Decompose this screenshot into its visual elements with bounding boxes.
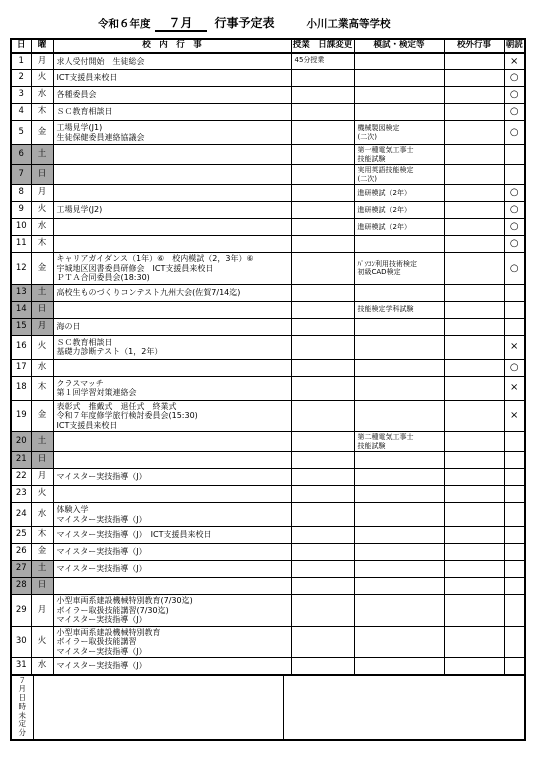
event-text: マイスター実技指導（J）	[57, 661, 288, 671]
morning-reading-cell: ×	[504, 400, 525, 432]
weekday-cell: 木	[31, 104, 53, 121]
weekday-cell: 月	[31, 53, 53, 70]
schedule-row: 3水各種委員会○	[11, 87, 525, 104]
exams-cell	[354, 452, 444, 469]
event-text: 海の日	[57, 322, 288, 332]
events-cell: 工場見学(J2)	[53, 202, 291, 219]
event-text: 小型車両系建設機械特別教育(7/30迄)	[57, 596, 288, 606]
outside-events-cell	[444, 53, 504, 70]
morning-reading-cell	[504, 318, 525, 335]
exams-cell	[354, 284, 444, 301]
event-text: 表彰式 推戴式 退任式 終業式	[57, 402, 288, 412]
weekday-cell: 日	[31, 452, 53, 469]
exam-text: (二次)	[358, 133, 441, 142]
weekday-cell: 木	[31, 527, 53, 544]
schedule-change-cell	[291, 561, 354, 578]
schedule-change-cell	[291, 359, 354, 376]
events-cell	[53, 236, 291, 253]
weekday-cell: 火	[31, 626, 53, 658]
events-cell: 体験入学マイスター実技指導（J）	[53, 503, 291, 527]
morning-reading-cell	[504, 626, 525, 658]
outside-events-cell	[444, 165, 504, 185]
schedule-table-wrap: 日 曜 校 内 行 事 授業 日課変更 模試・検定等 校外行事 朝読 1月求人受…	[10, 38, 524, 741]
event-text: ＳＣ教育相談日	[57, 107, 288, 117]
event-text: ボイラー取扱技能講習(7/30迄)	[57, 606, 288, 616]
events-cell	[53, 452, 291, 469]
day-cell: 15	[11, 318, 31, 335]
day-cell: 13	[11, 284, 31, 301]
schedule-row: 6土第一種電気工事士技能試験	[11, 145, 525, 165]
outside-events-cell	[444, 70, 504, 87]
schedule-row: 15月海の日	[11, 318, 525, 335]
event-text: マイスター実技指導（J）	[57, 564, 288, 574]
morning-reading-cell	[504, 432, 525, 452]
weekday-cell: 火	[31, 202, 53, 219]
schedule-row: 16火ＳＣ教育相談日基礎力診断テスト（1，2年）×	[11, 335, 525, 359]
outside-events-cell	[444, 253, 504, 285]
schedule-change-cell	[291, 219, 354, 236]
schedule-change-cell	[291, 452, 354, 469]
events-cell: ICT支援員来校日	[53, 70, 291, 87]
event-text: マイスター実技指導（J）	[57, 647, 288, 657]
morning-reading-cell	[504, 561, 525, 578]
day-cell: 29	[11, 595, 31, 627]
exam-text: 第一種電気工事士	[358, 146, 441, 155]
day-cell: 26	[11, 544, 31, 561]
schedule-change-cell	[291, 202, 354, 219]
schedule-change-cell	[291, 253, 354, 285]
weekday-cell: 火	[31, 335, 53, 359]
schedule-row: 22月マイスター実技指導（J）	[11, 469, 525, 486]
schedule-row: 25木マイスター実技指導（J） ICT支援員来校日	[11, 527, 525, 544]
morning-reading-cell: ×	[504, 335, 525, 359]
events-cell: マイスター実技指導（J） ICT支援員来校日	[53, 527, 291, 544]
morning-reading-cell	[504, 301, 525, 318]
schedule-row: 28日	[11, 578, 525, 595]
schedule-change-cell	[291, 626, 354, 658]
outside-events-cell	[444, 318, 504, 335]
exam-text: 進研模試（2年）	[358, 223, 441, 232]
events-cell: マイスター実技指導（J）	[53, 469, 291, 486]
schedule-change-cell	[291, 486, 354, 503]
weekday-cell: 金	[31, 121, 53, 145]
exam-text: 初級CAD検定	[358, 268, 441, 277]
schedule-change-cell	[291, 318, 354, 335]
document: 令和６年度７月行事予定表小川工業高等学校 日 曜 校 内 行 事 授業 日課変更…	[0, 0, 539, 767]
exam-text: (二次)	[358, 175, 441, 184]
exam-text: 進研模試（2年）	[358, 189, 441, 198]
event-text: 基礎力診断テスト（1，2年）	[57, 347, 288, 357]
weekday-cell: 金	[31, 544, 53, 561]
weekday-cell: 月	[31, 318, 53, 335]
schedule-change-cell	[291, 376, 354, 400]
morning-reading-cell	[504, 469, 525, 486]
weekday-cell: 水	[31, 87, 53, 104]
header-day: 日	[11, 39, 31, 53]
event-text: 令和７年度修学旅行検討委員会(15:30)	[57, 411, 288, 421]
weekday-cell: 火	[31, 70, 53, 87]
exams-cell: 進研模試（2年）	[354, 202, 444, 219]
event-text: マイスター実技指導（J） ICT支援員来校日	[57, 530, 288, 540]
morning-reading-cell	[504, 544, 525, 561]
day-cell: 25	[11, 527, 31, 544]
schedule-change-cell	[291, 432, 354, 452]
day-cell: 2	[11, 70, 31, 87]
schedule-row: 12金キャリアガイダンス（1年）⑥ 校内模試（2，3年）⑥宇城地区図書委員研修会…	[11, 253, 525, 285]
morning-reading-cell	[504, 486, 525, 503]
exams-cell	[354, 561, 444, 578]
exams-cell: ﾊﾟｿｺﾝ利用技術検定初級CAD検定	[354, 253, 444, 285]
weekday-cell: 土	[31, 561, 53, 578]
outside-events-cell	[444, 578, 504, 595]
weekday-cell: 土	[31, 145, 53, 165]
exams-cell	[354, 595, 444, 627]
weekday-cell: 日	[31, 301, 53, 318]
events-cell	[53, 301, 291, 318]
undecided-row: ７ 月 日 時 未 定 分	[11, 675, 525, 741]
exams-cell	[354, 400, 444, 432]
schedule-row: 13土高校生ものづくりコンテスト九州大会(佐賀7/14迄)	[11, 284, 525, 301]
event-text: マイスター実技指導（J）	[57, 472, 288, 482]
undecided-exams-cell	[283, 675, 525, 741]
exams-cell	[354, 359, 444, 376]
outside-events-cell	[444, 626, 504, 658]
schedule-change-cell	[291, 145, 354, 165]
outside-events-cell	[444, 527, 504, 544]
morning-reading-cell: ○	[504, 359, 525, 376]
schedule-change-cell	[291, 503, 354, 527]
exams-cell: 第一種電気工事士技能試験	[354, 145, 444, 165]
schedule-row: 1月求人受付開始 生徒総会45分授業×	[11, 53, 525, 70]
events-cell: マイスター実技指導（J）	[53, 561, 291, 578]
exam-text: ﾊﾟｿｺﾝ利用技術検定	[358, 260, 441, 269]
schedule-row: 19金表彰式 推戴式 退任式 終業式令和７年度修学旅行検討委員会(15:30)I…	[11, 400, 525, 432]
day-cell: 23	[11, 486, 31, 503]
events-cell	[53, 359, 291, 376]
morning-reading-cell: ○	[504, 104, 525, 121]
morning-reading-cell	[504, 658, 525, 675]
schedule-change-cell	[291, 104, 354, 121]
schedule-change-cell	[291, 185, 354, 202]
exam-text: 技能試験	[358, 442, 441, 451]
exams-cell: 進研模試（2年）	[354, 219, 444, 236]
events-cell: キャリアガイダンス（1年）⑥ 校内模試（2，3年）⑥宇城地区図書委員研修会 IC…	[53, 253, 291, 285]
schedule-change-cell	[291, 87, 354, 104]
morning-reading-cell: ○	[504, 87, 525, 104]
schedule-row: 14日技能検定学科試験	[11, 301, 525, 318]
day-cell: 4	[11, 104, 31, 121]
day-cell: 12	[11, 253, 31, 285]
schedule-change-cell	[291, 301, 354, 318]
exams-cell	[354, 469, 444, 486]
header-weekday: 曜	[31, 39, 53, 53]
header-outside: 校外行事	[444, 39, 504, 53]
schedule-row: 30火小型車両系建設機械特別教育ボイラー取扱技能講習マイスター実技指導（J）	[11, 626, 525, 658]
schedule-change-cell	[291, 544, 354, 561]
events-cell	[53, 165, 291, 185]
event-text: マイスター実技指導（J）	[57, 615, 288, 625]
day-cell: 5	[11, 121, 31, 145]
schedule-row: 7日実用英語技能検定(二次)	[11, 165, 525, 185]
events-cell: ＳＣ教育相談日	[53, 104, 291, 121]
exams-cell	[354, 658, 444, 675]
weekday-cell: 水	[31, 658, 53, 675]
exams-cell	[354, 544, 444, 561]
schedule-row: 20土第二種電気工事士技能試験	[11, 432, 525, 452]
exams-cell	[354, 527, 444, 544]
outside-events-cell	[444, 400, 504, 432]
outside-events-cell	[444, 236, 504, 253]
schedule-row: 29月小型車両系建設機械特別教育(7/30迄)ボイラー取扱技能講習(7/30迄)…	[11, 595, 525, 627]
exams-cell	[354, 53, 444, 70]
outside-events-cell	[444, 202, 504, 219]
events-cell: クラスマッチ第１回学習対策連絡会	[53, 376, 291, 400]
schedule-change-cell	[291, 335, 354, 359]
exams-cell	[354, 87, 444, 104]
page-title: 令和６年度７月行事予定表小川工業高等学校	[98, 14, 391, 31]
table-header-row: 日 曜 校 内 行 事 授業 日課変更 模試・検定等 校外行事 朝読	[11, 39, 525, 53]
day-cell: 21	[11, 452, 31, 469]
weekday-cell: 金	[31, 400, 53, 432]
event-text: 工場見学(J1)	[57, 123, 288, 133]
header-exams: 模試・検定等	[354, 39, 444, 53]
outside-events-cell	[444, 503, 504, 527]
events-cell: 各種委員会	[53, 87, 291, 104]
exams-cell	[354, 376, 444, 400]
weekday-cell: 水	[31, 359, 53, 376]
day-cell: 1	[11, 53, 31, 70]
header-events: 校 内 行 事	[53, 39, 291, 53]
schedule-change-cell	[291, 236, 354, 253]
morning-reading-cell	[504, 595, 525, 627]
exams-cell: 第二種電気工事士技能試験	[354, 432, 444, 452]
events-cell	[53, 578, 291, 595]
exams-cell	[354, 104, 444, 121]
day-cell: 17	[11, 359, 31, 376]
day-cell: 9	[11, 202, 31, 219]
schedule-row: 10水進研模試（2年）○	[11, 219, 525, 236]
schedule-change-cell	[291, 70, 354, 87]
undecided-section: ７ 月 日 時 未 定 分	[10, 674, 526, 742]
schedule-change-cell	[291, 121, 354, 145]
schedule-change-cell	[291, 165, 354, 185]
exam-text: 技能検定学科試験	[358, 305, 441, 314]
schedule-row: 4木ＳＣ教育相談日○	[11, 104, 525, 121]
exam-text: 実用英語技能検定	[358, 166, 441, 175]
schedule-change-cell: 45分授業	[291, 53, 354, 70]
morning-reading-cell: ○	[504, 253, 525, 285]
outside-events-cell	[444, 469, 504, 486]
title-month: ７月	[155, 16, 207, 32]
events-cell: 求人受付開始 生徒総会	[53, 53, 291, 70]
exams-cell	[354, 486, 444, 503]
day-cell: 27	[11, 561, 31, 578]
outside-events-cell	[444, 301, 504, 318]
outside-events-cell	[444, 359, 504, 376]
outside-events-cell	[444, 87, 504, 104]
schedule-change-cell	[291, 595, 354, 627]
events-cell: 小型車両系建設機械特別教育(7/30迄)ボイラー取扱技能講習(7/30迄)マイス…	[53, 595, 291, 627]
outside-events-cell	[444, 145, 504, 165]
schedule-row: 26金マイスター実技指導（J）	[11, 544, 525, 561]
schedule-table: 日 曜 校 内 行 事 授業 日課変更 模試・検定等 校外行事 朝読 1月求人受…	[10, 38, 526, 676]
event-text: 第１回学習対策連絡会	[57, 388, 288, 398]
events-cell	[53, 486, 291, 503]
exams-cell	[354, 318, 444, 335]
event-text: ＳＣ教育相談日	[57, 338, 288, 348]
schedule-row: 21日	[11, 452, 525, 469]
day-cell: 6	[11, 145, 31, 165]
event-text: 体験入学	[57, 505, 288, 515]
schedule-body: 1月求人受付開始 生徒総会45分授業×2火ICT支援員来校日○3水各種委員会○4…	[11, 53, 525, 675]
day-cell: 19	[11, 400, 31, 432]
day-cell: 22	[11, 469, 31, 486]
morning-reading-cell: ×	[504, 376, 525, 400]
weekday-cell: 火	[31, 486, 53, 503]
outside-events-cell	[444, 544, 504, 561]
event-text: 各種委員会	[57, 90, 288, 100]
weekday-cell: 水	[31, 503, 53, 527]
schedule-row: 5金工場見学(J1)生徒保健委員連絡協議会機械製図検定(二次)○	[11, 121, 525, 145]
day-cell: 14	[11, 301, 31, 318]
undecided-label: ７ 月 日 時 未 定 分	[11, 675, 33, 741]
header-schedule: 授業 日課変更	[291, 39, 354, 53]
events-cell	[53, 432, 291, 452]
schedule-change-cell	[291, 400, 354, 432]
outside-events-cell	[444, 452, 504, 469]
weekday-cell: 木	[31, 236, 53, 253]
outside-events-cell	[444, 104, 504, 121]
exam-text: 進研模試（2年）	[358, 206, 441, 215]
weekday-cell: 水	[31, 219, 53, 236]
schedule-change-cell	[291, 527, 354, 544]
outside-events-cell	[444, 121, 504, 145]
events-cell	[53, 219, 291, 236]
event-text: ICT支援員来校日	[57, 73, 288, 83]
morning-reading-cell	[504, 578, 525, 595]
day-cell: 10	[11, 219, 31, 236]
schedule-change-cell	[291, 578, 354, 595]
exam-text: 第二種電気工事士	[358, 433, 441, 442]
morning-reading-cell: ×	[504, 53, 525, 70]
events-cell: マイスター実技指導（J）	[53, 658, 291, 675]
event-text: ボイラー取扱技能講習	[57, 637, 288, 647]
morning-reading-cell	[504, 527, 525, 544]
outside-events-cell	[444, 284, 504, 301]
event-text: 生徒保健委員連絡協議会	[57, 133, 288, 143]
events-cell: 表彰式 推戴式 退任式 終業式令和７年度修学旅行検討委員会(15:30)ICT支…	[53, 400, 291, 432]
event-text: 工場見学(J2)	[57, 205, 288, 215]
morning-reading-cell	[504, 452, 525, 469]
exams-cell	[354, 236, 444, 253]
weekday-cell: 日	[31, 578, 53, 595]
schedule-change-cell	[291, 469, 354, 486]
weekday-cell: 土	[31, 284, 53, 301]
outside-events-cell	[444, 335, 504, 359]
event-text: マイスター実技指導（J）	[57, 547, 288, 557]
weekday-cell: 土	[31, 432, 53, 452]
schedule-row: 17水○	[11, 359, 525, 376]
day-cell: 7	[11, 165, 31, 185]
morning-reading-cell	[504, 503, 525, 527]
events-cell	[53, 185, 291, 202]
weekday-cell: 金	[31, 253, 53, 285]
events-cell: マイスター実技指導（J）	[53, 544, 291, 561]
outside-events-cell	[444, 376, 504, 400]
morning-reading-cell: ○	[504, 70, 525, 87]
title-label: 行事予定表	[215, 16, 275, 30]
morning-reading-cell: ○	[504, 202, 525, 219]
weekday-cell: 月	[31, 185, 53, 202]
events-cell: 高校生ものづくりコンテスト九州大会(佐賀7/14迄)	[53, 284, 291, 301]
weekday-cell: 月	[31, 595, 53, 627]
outside-events-cell	[444, 185, 504, 202]
events-cell	[53, 145, 291, 165]
event-text: ICT支援員来校日	[57, 421, 288, 431]
events-cell: 小型車両系建設機械特別教育ボイラー取扱技能講習マイスター実技指導（J）	[53, 626, 291, 658]
morning-reading-cell: ○	[504, 121, 525, 145]
exams-cell: 技能検定学科試験	[354, 301, 444, 318]
outside-events-cell	[444, 486, 504, 503]
school-name: 小川工業高等学校	[307, 18, 391, 30]
morning-reading-cell	[504, 284, 525, 301]
header-morning-reading: 朝読	[504, 39, 525, 53]
exams-cell	[354, 578, 444, 595]
day-cell: 16	[11, 335, 31, 359]
day-cell: 28	[11, 578, 31, 595]
morning-reading-cell: ○	[504, 236, 525, 253]
exams-cell: 実用英語技能検定(二次)	[354, 165, 444, 185]
events-cell: 海の日	[53, 318, 291, 335]
schedule-change-cell	[291, 658, 354, 675]
morning-reading-cell: ○	[504, 219, 525, 236]
exams-cell	[354, 70, 444, 87]
outside-events-cell	[444, 595, 504, 627]
outside-events-cell	[444, 658, 504, 675]
schedule-row: 9火工場見学(J2)進研模試（2年）○	[11, 202, 525, 219]
morning-reading-cell	[504, 165, 525, 185]
outside-events-cell	[444, 432, 504, 452]
exams-cell	[354, 626, 444, 658]
weekday-cell: 日	[31, 165, 53, 185]
event-text: 宇城地区図書委員研修会 ICT支援員来校日	[57, 264, 288, 274]
event-text: 高校生ものづくりコンテスト九州大会(佐賀7/14迄)	[57, 288, 288, 298]
day-cell: 30	[11, 626, 31, 658]
schedule-row: 23火	[11, 486, 525, 503]
undecided-events-cell	[33, 675, 283, 741]
day-cell: 18	[11, 376, 31, 400]
schedule-row: 18木クラスマッチ第１回学習対策連絡会×	[11, 376, 525, 400]
schedule-row: 24水体験入学マイスター実技指導（J）	[11, 503, 525, 527]
weekday-cell: 木	[31, 376, 53, 400]
morning-reading-cell: ○	[504, 185, 525, 202]
schedule-row: 31水マイスター実技指導（J）	[11, 658, 525, 675]
schedule-row: 8月進研模試（2年）○	[11, 185, 525, 202]
day-cell: 8	[11, 185, 31, 202]
event-text: ＰＴＡ合同委員会(18:30)	[57, 273, 288, 283]
schedule-change-cell	[291, 284, 354, 301]
exams-cell	[354, 503, 444, 527]
weekday-cell: 月	[31, 469, 53, 486]
day-cell: 20	[11, 432, 31, 452]
event-text: 求人受付開始 生徒総会	[57, 57, 288, 67]
morning-reading-cell	[504, 145, 525, 165]
events-cell: ＳＣ教育相談日基礎力診断テスト（1，2年）	[53, 335, 291, 359]
exams-cell: 機械製図検定(二次)	[354, 121, 444, 145]
outside-events-cell	[444, 561, 504, 578]
schedule-row: 27土マイスター実技指導（J）	[11, 561, 525, 578]
exam-text: 機械製図検定	[358, 124, 441, 133]
